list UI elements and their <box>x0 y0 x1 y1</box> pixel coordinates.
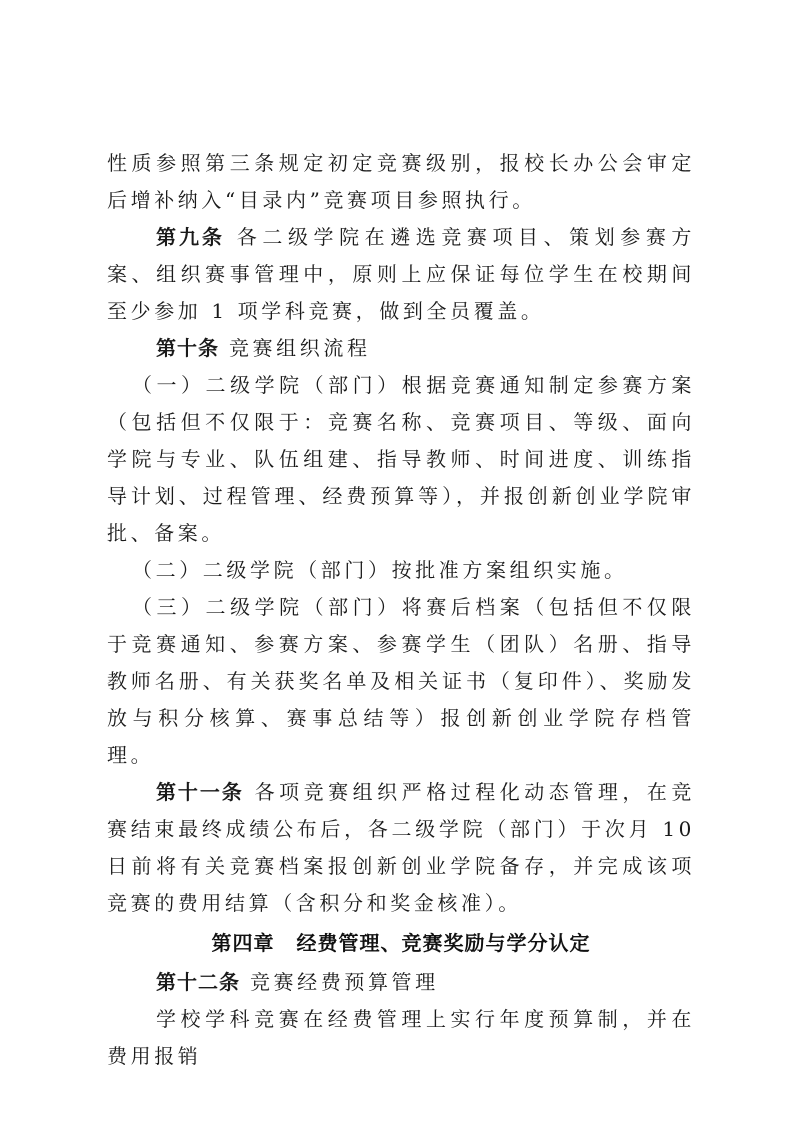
article-12: 第十二条 竞赛经费预算管理 <box>107 964 695 1001</box>
paragraph-continuation: 性质参照第三条规定初定竞赛级别，报校长办公会审定后增补纳入“目录内”竞赛项目参照… <box>107 145 695 219</box>
article-label: 第十二条 <box>156 970 240 994</box>
clause-1: （一）二级学院（部门）根据竞赛通知制定参赛方案（包括但不仅限于：竞赛名称、竞赛项… <box>107 367 695 552</box>
chapter-heading: 第四章经费管理、竞赛奖励与学分认定 <box>107 925 695 962</box>
document-body: 性质参照第三条规定初定竞赛级别，报校长办公会审定后增补纳入“目录内”竞赛项目参照… <box>107 145 695 1075</box>
article-label: 第十条 <box>156 336 219 360</box>
document-page: 性质参照第三条规定初定竞赛级别，报校长办公会审定后增补纳入“目录内”竞赛项目参照… <box>0 0 793 1122</box>
chapter-number: 第四章 <box>212 931 275 955</box>
article-label: 第九条 <box>156 225 225 249</box>
article-label: 第十一条 <box>156 780 244 804</box>
article-10: 第十条 竞赛组织流程 <box>107 330 695 367</box>
clause-3: （三）二级学院（部门）将赛后档案（包括但不仅限于竞赛通知、参赛方案、参赛学生（团… <box>107 589 695 774</box>
chapter-title: 经费管理、竞赛奖励与学分认定 <box>297 931 591 955</box>
paragraph-budget: 学校学科竞赛在经费管理上实行年度预算制，并在费用报销 <box>107 1001 695 1075</box>
article-text: 竞赛组织流程 <box>219 336 371 360</box>
article-text: 竞赛经费预算管理 <box>240 970 439 994</box>
article-11: 第十一条 各项竞赛组织严格过程化动态管理，在竞赛结束最终成绩公布后，各二级学院（… <box>107 774 695 922</box>
article-9: 第九条 各二级学院在遴选竞赛项目、策划参赛方案、组织赛事管理中，原则上应保证每位… <box>107 219 695 330</box>
clause-2: （二）二级学院（部门）按批准方案组织实施。 <box>107 552 695 589</box>
